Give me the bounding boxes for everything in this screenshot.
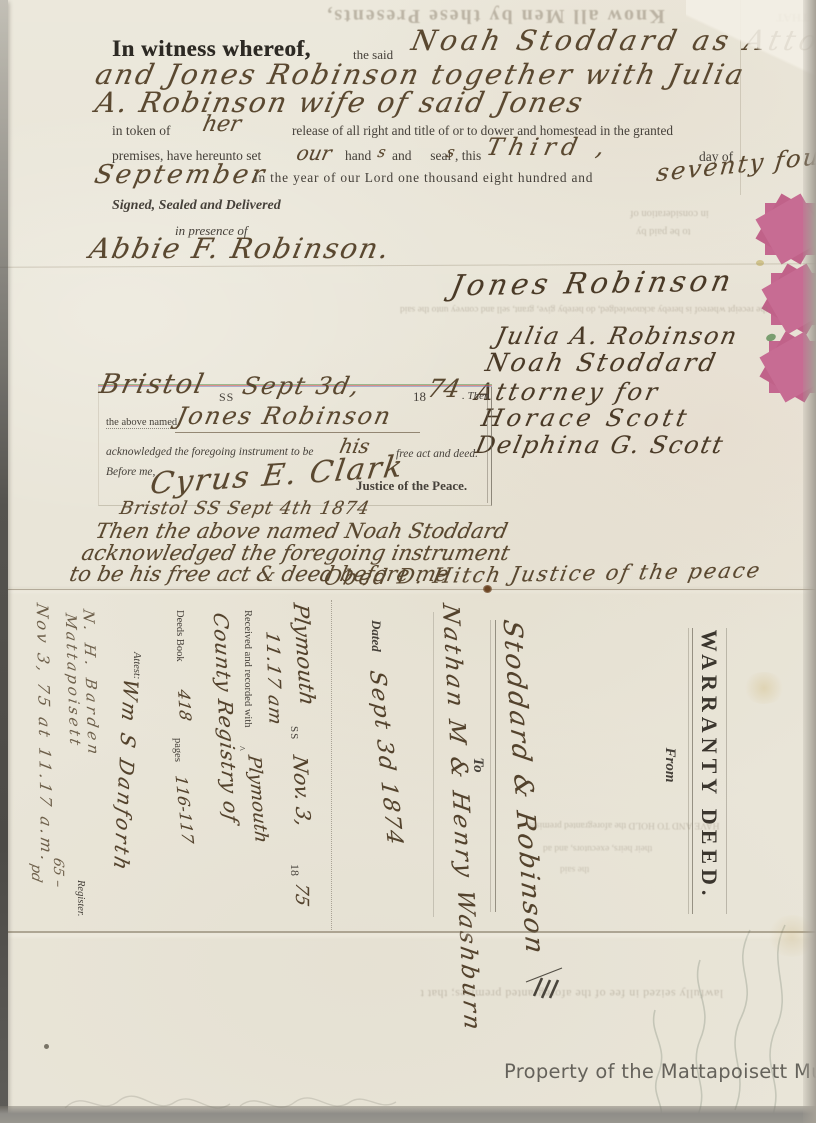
signature-attorney-for: Attorney for [473, 378, 663, 406]
docket-rule-top [726, 628, 727, 914]
hw-ack-date: Sept 3d, [240, 372, 363, 400]
hw-ack2-line2: Then the above named Noah Stoddard [93, 519, 510, 543]
hw-register-signature: Wm S Danforth [109, 676, 143, 876]
docket-rule-mid1 [692, 628, 693, 914]
signature-jones-robinson: Jones Robinson [448, 264, 737, 303]
hw-docket-registry2: County Registry of [209, 611, 244, 825]
docket-fold-line [331, 600, 332, 930]
wax-seal-3 [758, 330, 816, 404]
docket-dated-label: Dated [368, 620, 384, 652]
hw-margin-fee: 65 – [50, 856, 66, 889]
free-act-label: free act and deed. [396, 448, 478, 460]
hw-ack2-line1: Bristol SS Sept 4th 1874 [118, 498, 372, 519]
hw-september: September [92, 160, 270, 190]
then-label: . Then [462, 390, 490, 402]
hw-docket-registry1: Plymouth [243, 754, 271, 844]
docket-register-label: Register. [75, 880, 86, 916]
signature-julia-robinson: Julia A. Robinson [493, 322, 741, 350]
acknowledged-line: acknowledged the foregoing instrument to… [106, 446, 314, 458]
museum-watermark: Property of the Mattapoisett Museum [504, 1060, 816, 1083]
above-named-label: the above named [106, 417, 177, 429]
hw-docket-time: 11.17 am [261, 630, 285, 727]
year-line: in the year of our Lord one thousand eig… [254, 170, 593, 186]
docket-panel: WARRANTY DEED. From Stoddard & Robinson … [18, 600, 730, 930]
bleed-through-script-2 [60, 1078, 400, 1123]
docket-ss-label: SS [288, 726, 300, 740]
signature-delphina-scott: Delphina G. Scott [473, 431, 727, 459]
hw-margin-received-note: Nov 3, 75 at 11.17 a.m. [33, 602, 57, 866]
docket-deeds-book-label: Deeds Book [174, 610, 185, 662]
bleed-top-that: THAT [776, 10, 809, 25]
bleed-consideration1: in consideration of [630, 208, 709, 219]
release-line: release of all right and title of or to … [292, 123, 673, 139]
signature-noah-stoddard: Noah Stoddard [483, 348, 721, 377]
hw-docket-page-nos: 116-117 [172, 774, 198, 844]
hw-third: Third , [484, 133, 613, 161]
hw-ack-name: Jones Robinson [174, 402, 395, 430]
before-me-label: Before me, [106, 466, 155, 478]
bleed-consideration2: to be paid by [636, 226, 691, 237]
justice-title: Justice of the Peace. [356, 478, 467, 494]
bleed-habendum: HAVE AND TO HOLD the aforegranted premis… [528, 820, 720, 830]
signed-sealed-line: Signed, Sealed and Delivered [112, 198, 281, 214]
docket-rule-g2 [490, 620, 491, 912]
hw-margin-paid: pd [28, 862, 44, 883]
bleed-heirs: their heirs, executors, and ad [543, 843, 652, 853]
hand-label: hand [345, 148, 371, 164]
hw-docket-dated: Sept 3d 1874 [364, 669, 407, 848]
docket-rule-g1 [495, 620, 496, 912]
docket-rule-to [433, 612, 434, 917]
bleed-the-said: the said [560, 864, 589, 874]
hw-docket-county: Plymouth [289, 602, 320, 707]
hw-our: our [294, 141, 334, 165]
docket-received-line: Received and recorded with [242, 610, 253, 728]
hw-docket-book-no: 418 [174, 688, 195, 722]
hw-bristol: Bristol [97, 369, 209, 400]
hw-docket-date: Nov. 3, [288, 754, 316, 829]
in-token-of-label: in token of [112, 123, 171, 139]
bleed-convey-line: the receipt whereof is hereby acknowledg… [400, 304, 768, 314]
bleed-through-script [600, 920, 816, 1120]
hw-grantor-line1: Noah Stoddard as Attorney [408, 24, 816, 57]
docket-attest-label: Attest: [131, 652, 142, 679]
scanned-deed-page: Know all Men by these Presents, THAT In … [0, 0, 816, 1123]
comma-this-label: , this [455, 148, 481, 164]
docket-pages-label: pages [172, 738, 183, 762]
docket-title: WARRANTY DEED. [696, 600, 722, 930]
hw-her: her [200, 112, 243, 137]
docket-from-label: From [661, 600, 678, 930]
name-underline [175, 432, 420, 433]
tally-mark [524, 966, 570, 1002]
signature-horace-scott: Horace Scott [479, 404, 693, 432]
hw-grantor-line3: A. Robinson wife of said Jones [92, 86, 587, 119]
wax-seal-1 [754, 192, 816, 266]
docket-rule-mid2 [688, 628, 689, 914]
wax-seal-2 [760, 262, 816, 336]
hw-docket-75: 75 [291, 881, 312, 908]
and-seal-label: and seal [392, 148, 451, 164]
hw-74: 74 [425, 374, 463, 403]
hw-witness-signature: Abbie F. Robinson. [86, 232, 393, 265]
docket-18-label: 18 [287, 864, 302, 876]
hw-docket-grantor: Stoddard & Robinson [496, 618, 549, 958]
